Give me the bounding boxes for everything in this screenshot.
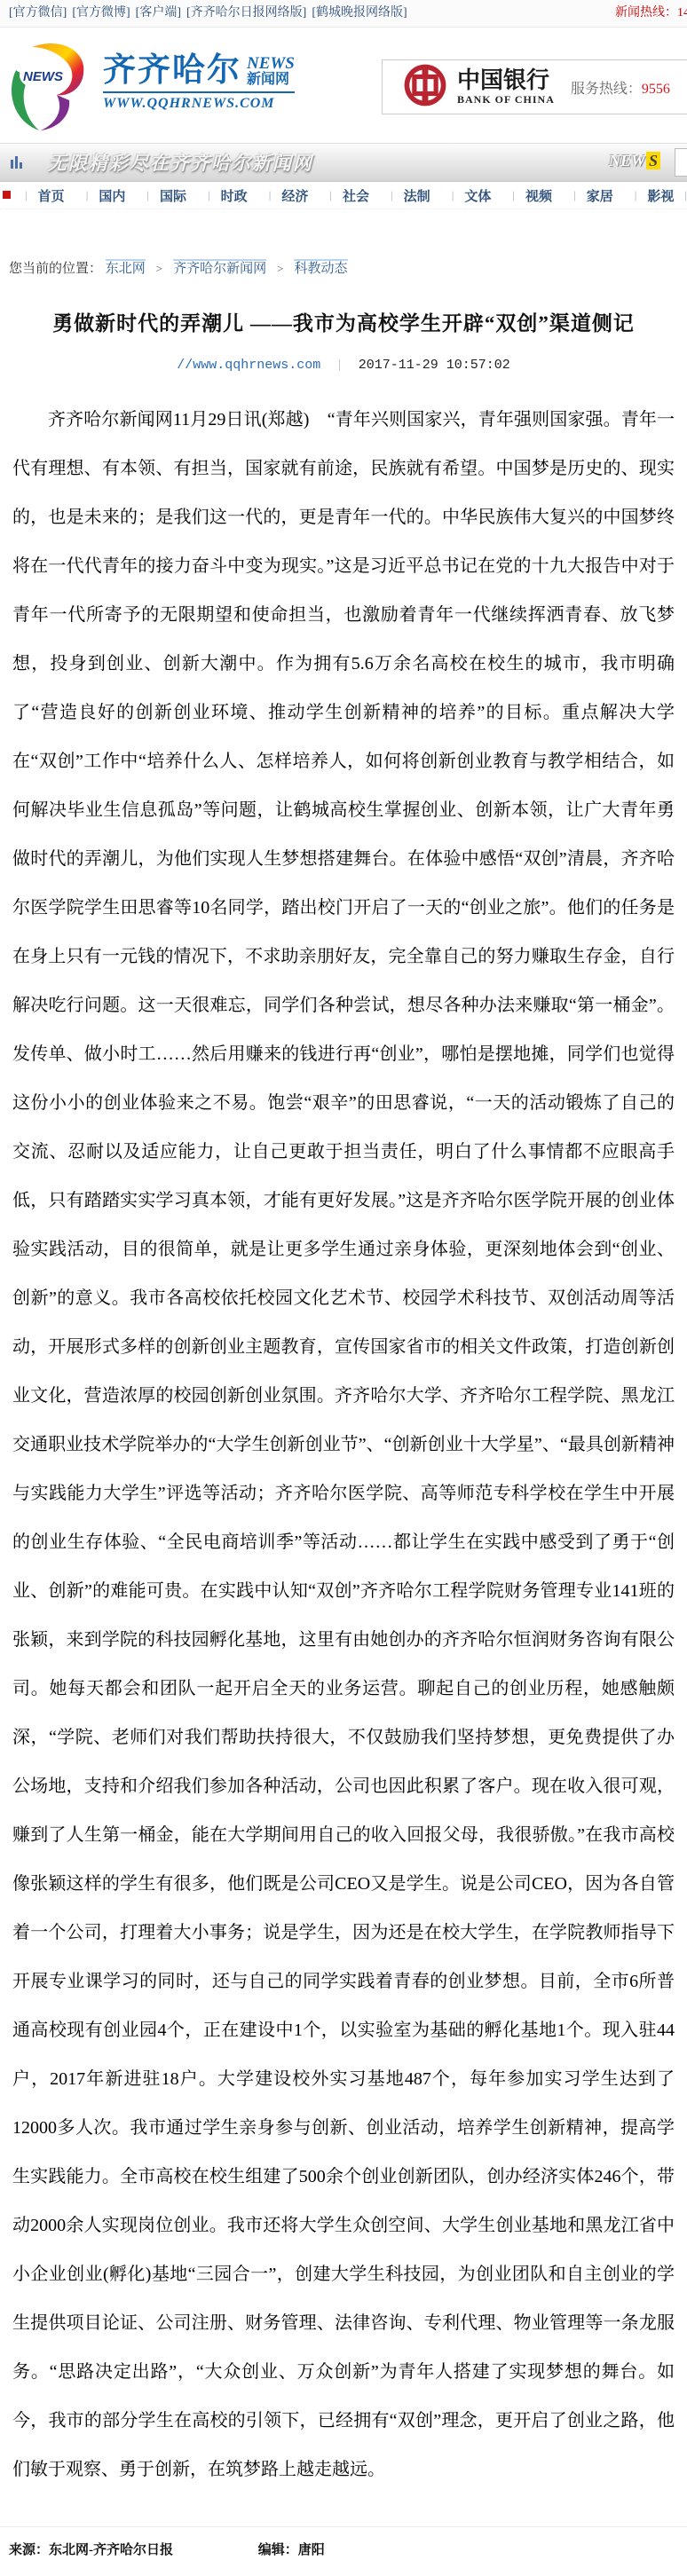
main-nav: |首页|国内|国际|时政|经济|社会|法制|文体|视频|家居|影视 | [0,182,687,209]
svg-text:NEWS: NEWS [23,69,63,84]
breadcrumb-link[interactable]: 东北网 [106,259,146,276]
editor-label: 编辑： [258,2543,298,2557]
meta-separator: | [338,358,341,372]
article-body: 齐齐哈尔新闻网11月29日讯(郑越) “青年兴则国家兴，青年强则国家强。青年一代… [12,396,675,2494]
nav-separator: | [146,188,149,202]
bank-of-china-ad[interactable]: 中国银行 BANK OF CHINA 服务热线：9556 [382,59,687,114]
topbar-link[interactable]: [官方微博] [72,6,130,20]
nav-separator: | [635,188,637,202]
article-footer: 来源：东北网-齐齐哈尔日报 编辑：唐阳 [0,2526,687,2576]
nav-separator: | [329,188,332,202]
topbar-link[interactable]: [齐齐哈尔日报网络版] [186,6,306,20]
site-name-cn: 新闻网 [247,73,295,87]
nav-item[interactable]: 社会 [343,186,369,205]
logo-swirl-icon: NEWS [5,35,98,138]
nav-separator: | [391,188,393,202]
source-value: 东北网-齐齐哈尔日报 [49,2543,173,2557]
topbar-link[interactable]: [鹤城晚报网络版] [312,6,407,20]
banner-slogan: 无限精彩尽在齐齐哈尔新闻网 [48,149,313,176]
nav-separator: | [452,188,454,202]
nav-separator: | [25,188,28,202]
nav-separator: | [86,188,89,202]
site-url: WWW.QQHRNEWS.COM [103,91,295,112]
nav-item[interactable]: 国内 [99,186,125,205]
nav-item[interactable]: 文体 [464,186,491,205]
bank-service-hotline: 服务热线：9556 [571,77,670,98]
nav-list: |首页|国内|国际|时政|经济|社会|法制|文体|视频|家居|影视 [14,186,684,205]
article-editor: 编辑：唐阳 [258,2543,325,2557]
site-name: 齐齐哈尔 [103,54,241,87]
bank-name-en: BANK OF CHINA [457,94,555,105]
article-source: 来源：东北网-齐齐哈尔日报 [9,2543,173,2557]
bank-of-china-logo-icon [402,62,448,113]
service-label: 服务热线： [571,82,642,97]
nav-separator: | [512,188,515,202]
site-name-en: NEWS [247,55,295,72]
breadcrumb-links: >东北网>齐齐哈尔新闻网>科教动态 [106,259,348,276]
hotline-number: 147 [677,6,687,20]
nav-item[interactable]: 时政 [221,186,248,205]
page: { "topbar": { "links": ["[官方微信]", "[官方微博… [0,0,687,2576]
hotline-label: 新闻热线： [615,6,677,20]
topbar-links: [官方微信][官方微博][客户端][齐齐哈尔日报网络版][鹤城晚报网络版] [9,6,413,20]
banner-clipped-box [675,148,687,177]
logo-text: 齐齐哈尔 NEWS 新闻网 WWW.QQHRNEWS.COM [103,35,295,112]
nav-item[interactable]: 国际 [160,186,186,205]
article-meta: //www.qqhrnews.com | 2017-11-29 10:57:02 [0,358,687,373]
banner-news-text: NEW [609,152,645,169]
editor-value: 唐阳 [298,2543,325,2557]
breadcrumb-separator: > [156,262,162,275]
article-source-url[interactable]: //www.qqhrnews.com [177,358,320,373]
site-header: NEWS 齐齐哈尔 NEWS 新闻网 WWW.QQHRNEWS.COM [0,28,687,143]
nav-item[interactable]: 经济 [281,186,308,205]
topbar-link[interactable]: [官方微信] [9,6,67,20]
nav-item[interactable]: 法制 [404,186,430,205]
nav-item[interactable]: 家居 [587,186,613,205]
breadcrumb-link[interactable]: 齐齐哈尔新闻网 [173,259,266,276]
article-datetime: 2017-11-29 10:57:02 [359,358,510,373]
banner-news-s-badge: S [646,152,660,169]
news-hotline: 新闻热线：147 [615,0,687,27]
bank-name-block: 中国银行 BANK OF CHINA [457,69,555,105]
nav-item[interactable]: 视频 [525,186,552,205]
topbar: [官方微信][官方微博][客户端][齐齐哈尔日报网络版][鹤城晚报网络版] 新闻… [0,0,687,28]
nav-separator: | [208,188,210,202]
nav-separator: | [269,188,272,202]
slogan-banner: 无限精彩尽在齐齐哈尔新闻网 NEWS [0,143,687,182]
nav-item[interactable]: 首页 [38,186,65,205]
source-label: 来源： [9,2543,49,2557]
building-icon [11,156,23,169]
breadcrumb-link[interactable]: 科教动态 [294,259,347,276]
nav-item[interactable]: 影视 [647,186,674,205]
banner-news-logo: NEWS [609,152,660,170]
service-number: 9556 [642,82,670,97]
bank-name: 中国银行 [457,69,555,92]
topbar-link[interactable]: [客户端] [136,6,181,20]
site-logo[interactable]: NEWS 齐齐哈尔 NEWS 新闻网 WWW.QQHRNEWS.COM [5,35,295,138]
breadcrumb-separator: > [277,262,283,275]
breadcrumb-label: 您当前的位置： [9,262,102,276]
breadcrumb: 您当前的位置： >东北网>齐齐哈尔新闻网>科教动态 [0,257,687,280]
red-square-icon [3,191,11,199]
nav-separator: | [573,188,576,202]
article-title: 勇做新时代的弄潮儿 ——我市为高校学生开辟“双创”渠道侧记 [27,307,660,336]
